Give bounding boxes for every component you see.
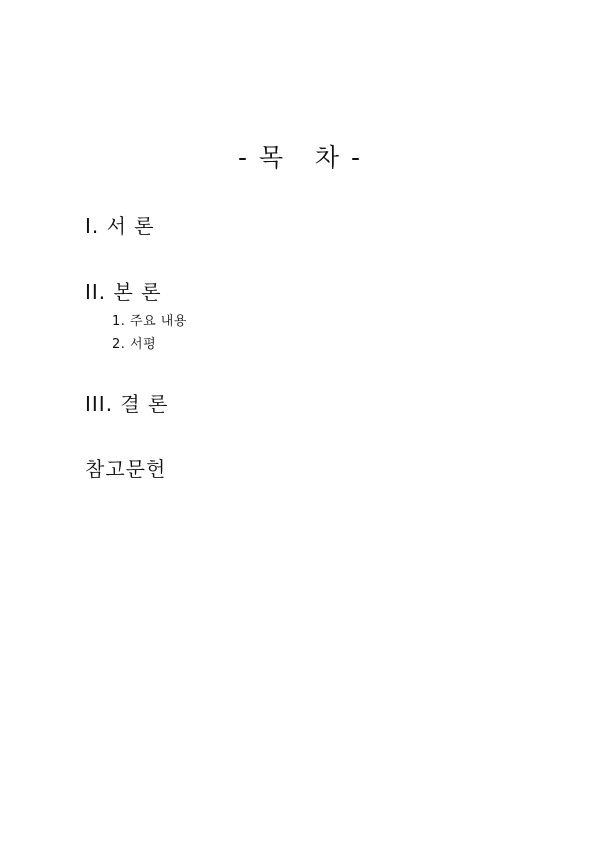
toc-item-introduction: I. 서 론: [85, 210, 155, 239]
page-title: - 목 차 -: [0, 138, 600, 174]
toc-subitem-main-content: 1. 주요 내용: [112, 310, 187, 329]
toc-subitem-review: 2. 서평: [112, 333, 156, 352]
document-page: - 목 차 - I. 서 론 II. 본 론 1. 주요 내용 2. 서평 II…: [0, 0, 600, 849]
toc-item-references: 참고문헌: [85, 453, 166, 482]
toc-item-conclusion: III. 결 론: [85, 388, 168, 417]
toc-item-body: II. 본 론: [85, 276, 162, 305]
